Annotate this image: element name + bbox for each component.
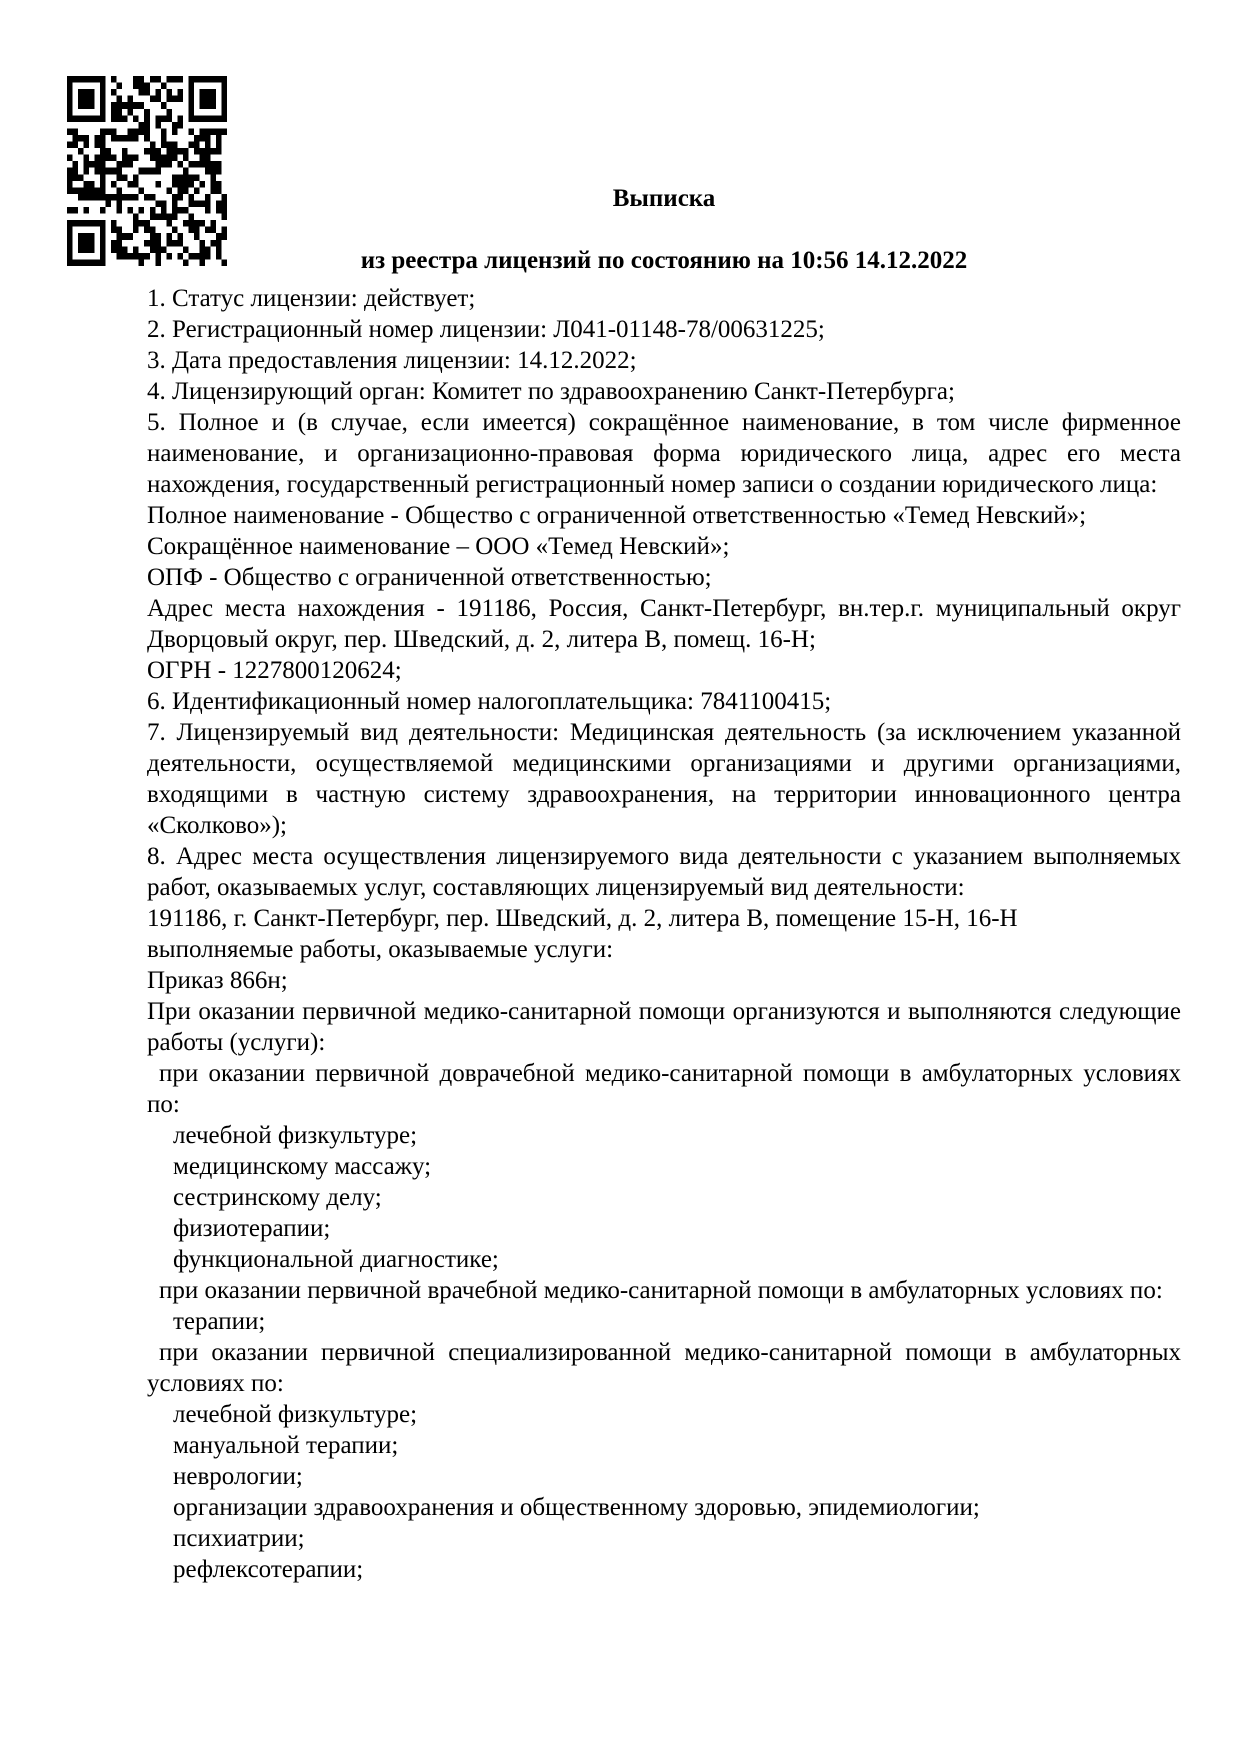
- document-body: 1. Статус лицензии: действует;2. Регистр…: [147, 283, 1181, 1585]
- document-line: наименование, и организационно-правовая …: [147, 438, 1181, 469]
- document-line: «Сколково»);: [147, 810, 1181, 841]
- document-line: сестринскому делу;: [147, 1182, 1181, 1213]
- document-line: 8. Адрес места осуществления лицензируем…: [147, 841, 1181, 872]
- document-line: 191186, г. Санкт-Петербург, пер. Шведски…: [147, 903, 1181, 934]
- document-line: Приказ 866н;: [147, 965, 1181, 996]
- document-line: неврологии;: [147, 1461, 1181, 1492]
- document-line: организации здравоохранения и общественн…: [147, 1492, 1181, 1523]
- document-line: Полное наименование - Общество с огранич…: [147, 500, 1181, 531]
- document-line: функциональной диагностике;: [147, 1244, 1181, 1275]
- document-line: при оказании первичной доврачебной медик…: [147, 1058, 1181, 1089]
- document-line: при оказании первичной врачебной медико-…: [147, 1275, 1181, 1306]
- document-header: Выписка из реестра лицензий по состоянию…: [147, 183, 1181, 276]
- document-line: медицинскому массажу;: [147, 1151, 1181, 1182]
- license-extract-page: Выписка из реестра лицензий по состоянию…: [0, 0, 1241, 1755]
- document-line: входящими в частную систему здравоохране…: [147, 779, 1181, 810]
- document-line: 6. Идентификационный номер налогоплатель…: [147, 686, 1181, 717]
- document-line: 1. Статус лицензии: действует;: [147, 283, 1181, 314]
- document-line: лечебной физкультуре;: [147, 1120, 1181, 1151]
- document-line: деятельности, осуществляемой медицинским…: [147, 748, 1181, 779]
- document-line: ОПФ - Общество с ограниченной ответствен…: [147, 562, 1181, 593]
- document-line: работ, оказываемых услуг, составляющих л…: [147, 872, 1181, 903]
- document-line: мануальной терапии;: [147, 1430, 1181, 1461]
- document-line: условиях по:: [147, 1368, 1181, 1399]
- document-line: работы (услуги):: [147, 1027, 1181, 1058]
- document-line: 2. Регистрационный номер лицензии: Л041-…: [147, 314, 1181, 345]
- document-line: нахождения, государственный регистрацион…: [147, 469, 1181, 500]
- document-line: терапии;: [147, 1306, 1181, 1337]
- document-line: При оказании первичной медико-санитарной…: [147, 996, 1181, 1027]
- document-line: физиотерапии;: [147, 1213, 1181, 1244]
- document-line: Дворцовый округ, пер. Шведский, д. 2, ли…: [147, 624, 1181, 655]
- document-line: психиатрии;: [147, 1523, 1181, 1554]
- document-line: 7. Лицензируемый вид деятельности: Медиц…: [147, 717, 1181, 748]
- document-line: по:: [147, 1089, 1181, 1120]
- document-line: 4. Лицензирующий орган: Комитет по здрав…: [147, 376, 1181, 407]
- document-line: 3. Дата предоставления лицензии: 14.12.2…: [147, 345, 1181, 376]
- document-line: рефлексотерапии;: [147, 1554, 1181, 1585]
- document-line: при оказании первичной специализированно…: [147, 1337, 1181, 1368]
- document-line: лечебной физкультуре;: [147, 1399, 1181, 1430]
- document-line: выполняемые работы, оказываемые услуги:: [147, 934, 1181, 965]
- document-line: ОГРН - 1227800120624;: [147, 655, 1181, 686]
- document-title: Выписка: [147, 183, 1181, 214]
- document-subtitle: из реестра лицензий по состоянию на 10:5…: [147, 245, 1181, 276]
- document-line: Адрес места нахождения - 191186, Россия,…: [147, 593, 1181, 624]
- document-line: 5. Полное и (в случае, если имеется) сок…: [147, 407, 1181, 438]
- document-line: Сокращённое наименование – ООО «Темед Не…: [147, 531, 1181, 562]
